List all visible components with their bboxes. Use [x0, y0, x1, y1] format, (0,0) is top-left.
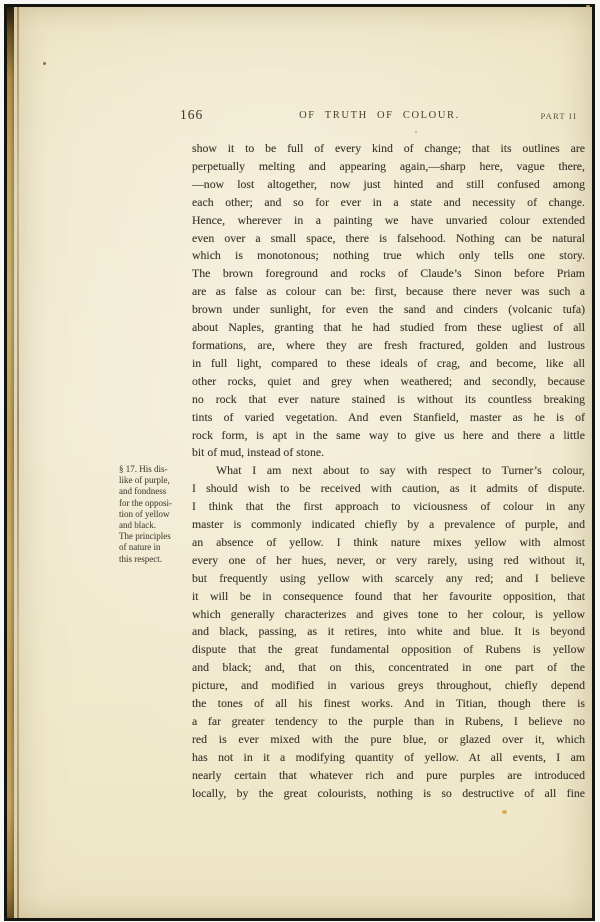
text-line: the tones of all his finest works. And i…: [192, 695, 585, 713]
margin-note-line: this respect.: [119, 554, 191, 565]
text-line: dispute that the great fundamental oppos…: [192, 641, 585, 659]
margin-note-line: tion of yellow: [119, 509, 191, 520]
text-line: picture, and modified in various greys t…: [192, 677, 585, 695]
binding-edge: [7, 7, 14, 918]
page-edge-line: [17, 7, 19, 918]
running-title: OF TRUTH OF COLOUR.: [180, 110, 579, 121]
body-text: show it to be full of every kind of chan…: [192, 140, 585, 803]
text-line: show it to be full of every kind of chan…: [192, 140, 585, 158]
text-line: perpetually melting and appearing again,…: [192, 158, 585, 176]
text-line: rock form, is apt in the same way to giv…: [192, 427, 585, 445]
text-line: and black, passing, as it retires, into …: [192, 623, 585, 641]
margin-note-line: § 17. His dis-: [119, 464, 191, 475]
text-line: I think that the first approach to vicio…: [192, 498, 585, 516]
text-line: an absence of yellow. I think nature mix…: [192, 534, 585, 552]
text-line: tints of varied vegetation. And even Sta…: [192, 409, 585, 427]
margin-note: § 17. His dis-like of purple,and fondnes…: [119, 464, 191, 565]
text-line: bit of mud, instead of stone.: [192, 444, 585, 462]
stain-speck: [415, 131, 417, 133]
paragraph-continuation: show it to be full of every kind of chan…: [192, 140, 585, 462]
text-line: which is monotonous; nothing true which …: [192, 247, 585, 265]
text-line: brown under sunlight, for even the sand …: [192, 301, 585, 319]
text-line: locally, by the great colourists, nothin…: [192, 785, 585, 803]
text-line: it will be in consequence found that her…: [192, 588, 585, 606]
stain-speck: [586, 5, 590, 8]
text-line: Hence, wherever in a painting we have un…: [192, 212, 585, 230]
stain-speck: [43, 62, 46, 65]
text-line: formations, are, where they are fresh fr…: [192, 337, 585, 355]
text-line: red is ever mixed with the pure blue, or…: [192, 731, 585, 749]
text-line: each other; and so for ever in a state a…: [192, 194, 585, 212]
text-line: What I am next about to say with respect…: [192, 462, 585, 480]
text-line: I should wish to be received with cautio…: [192, 480, 585, 498]
text-line: a far greater tendency to the purple tha…: [192, 713, 585, 731]
text-line: and black; and, that on this, concentrat…: [192, 659, 585, 677]
text-line: nearly certain that whatever rich and pu…: [192, 767, 585, 785]
book-page: 166 OF TRUTH OF COLOUR. PART II § 17. Hi…: [4, 4, 595, 921]
text-line: other rocks, quiet and grey when weather…: [192, 373, 585, 391]
text-line: The brown foreground and rocks of Claude…: [192, 265, 585, 283]
text-line: which generally characterizes and gives …: [192, 606, 585, 624]
text-line: has not in it a modifying quantity of ye…: [192, 749, 585, 767]
margin-note-line: for the opposi-: [119, 498, 191, 509]
running-header: 166 OF TRUTH OF COLOUR. PART II: [180, 107, 579, 125]
scanned-book-page: 166 OF TRUTH OF COLOUR. PART II § 17. Hi…: [0, 0, 600, 922]
paragraph-section-17: What I am next about to say with respect…: [192, 462, 585, 802]
text-line: no rock that ever nature stained is with…: [192, 391, 585, 409]
margin-note-line: like of purple,: [119, 475, 191, 486]
text-line: —now lost altogether, now just hinted an…: [192, 176, 585, 194]
text-line: but frequently using yellow with scarcel…: [192, 570, 585, 588]
text-line: even over a small space, there is falseh…: [192, 230, 585, 248]
margin-note-line: The principles: [119, 531, 191, 542]
text-line: about Naples, granting that he had studi…: [192, 319, 585, 337]
part-label: PART II: [541, 111, 577, 121]
margin-note-line: of nature in: [119, 542, 191, 553]
stain-speck: [502, 810, 507, 814]
text-line: in full light, compared to these ideals …: [192, 355, 585, 373]
text-line: are as false as colour can be: first, be…: [192, 283, 585, 301]
margin-note-line: and fondness: [119, 486, 191, 497]
margin-note-line: and black.: [119, 520, 191, 531]
text-line: master is commonly indicated chiefly by …: [192, 516, 585, 534]
text-line: every one of her hues, never, or very ra…: [192, 552, 585, 570]
